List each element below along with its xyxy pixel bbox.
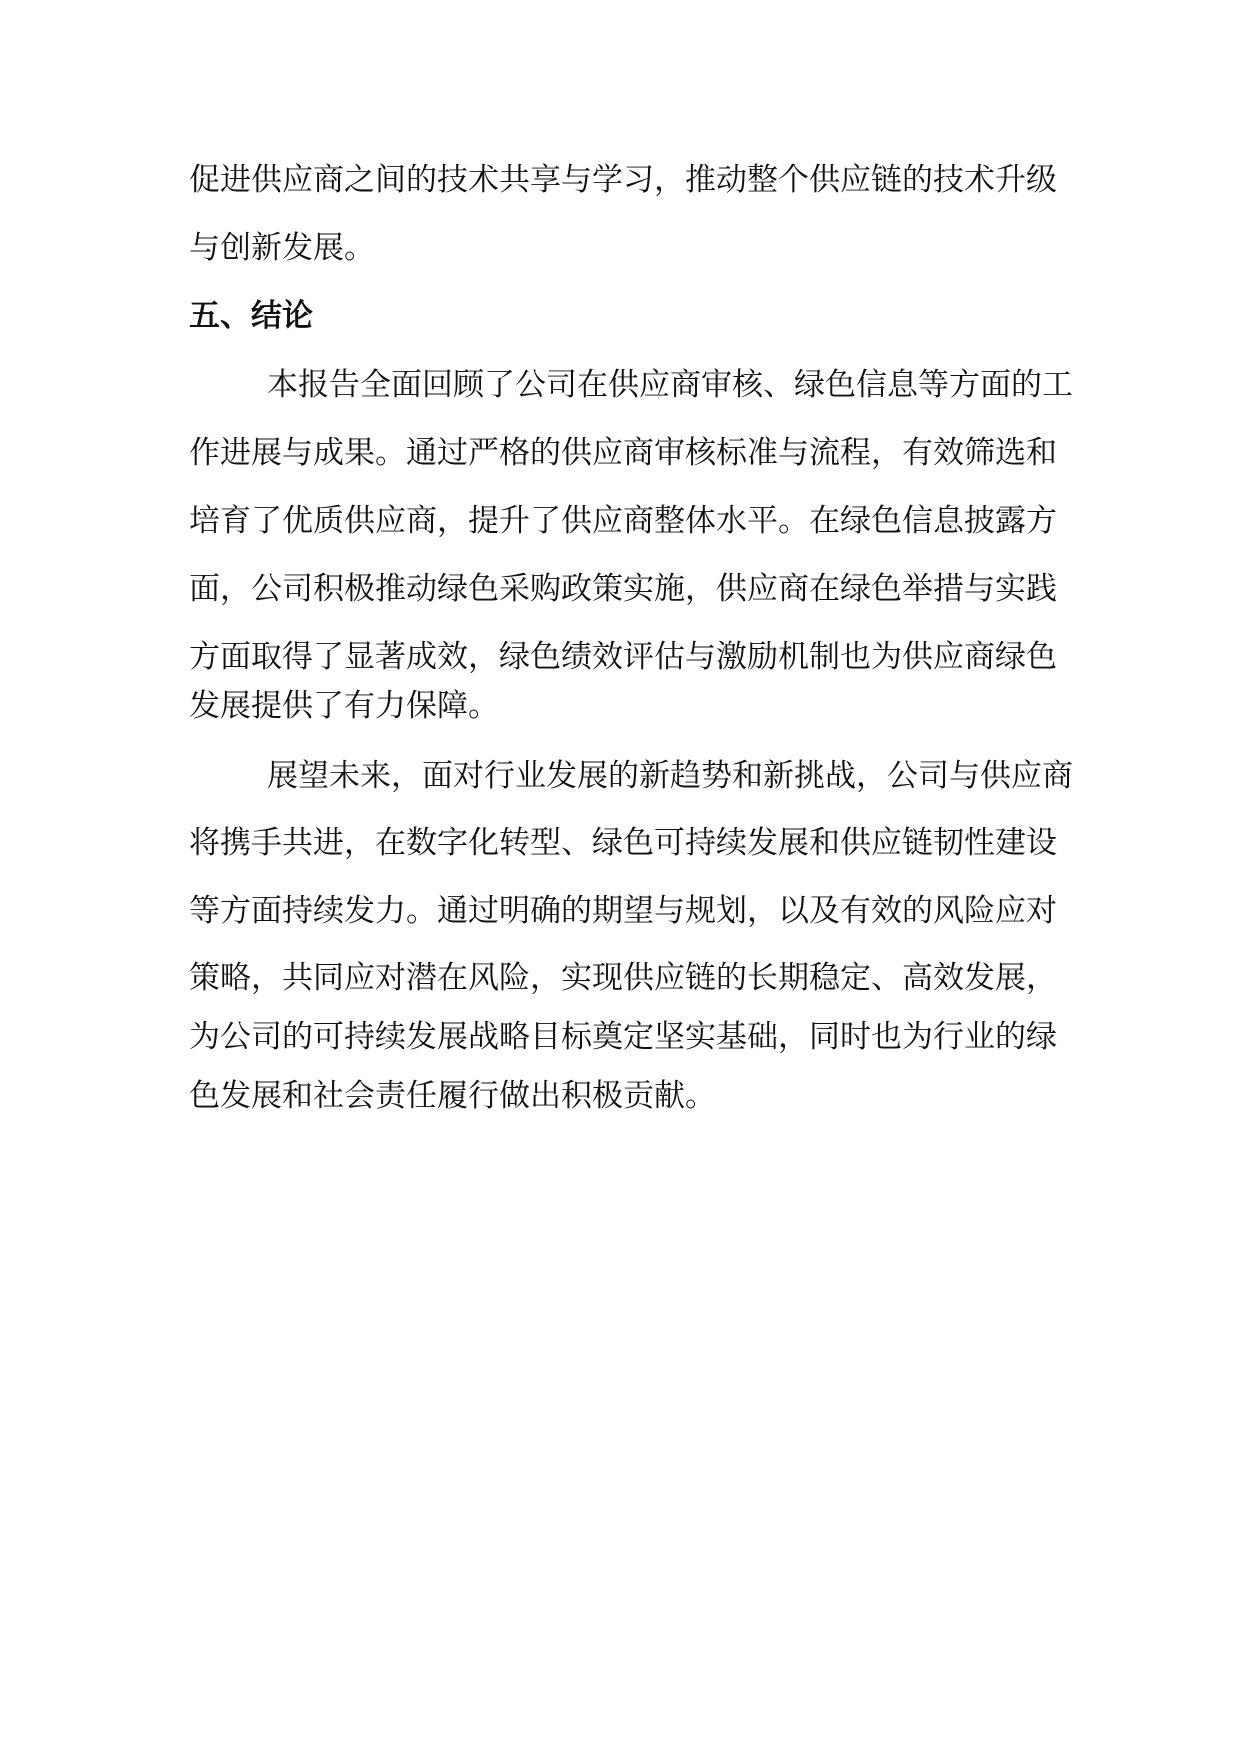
text-line: 将携手共进，在数字化转型、绿色可持续发展和供应链韧性建设 (189, 823, 1055, 863)
text-line: 展望未来，面对行业发展的新趋势和新挑战，公司与供应商 (267, 756, 1055, 796)
text-line: 为公司的可持续发展战略目标奠定坚实基础，同时也为行业的绿 (189, 1017, 1055, 1057)
text-line: 促进供应商之间的技术共享与学习，推动整个供应链的技术升级 (189, 160, 1055, 200)
text-line: 本报告全面回顾了公司在供应商审核、绿色信息等方面的工 (267, 365, 1055, 405)
text-line: 策略，共同应对潜在风险，实现供应链的长期稳定、高效发展， (189, 958, 1055, 998)
text-line: 面，公司积极推动绿色采购政策实施，供应商在绿色举措与实践 (189, 569, 1055, 609)
text-line: 作进展与成果。通过严格的供应商审核标准与流程，有效筛选和 (189, 433, 1055, 473)
text-line: 色发展和社会责任履行做出积极贡献。 (189, 1076, 1055, 1116)
text-line: 与创新发展。 (189, 228, 1055, 268)
text-line: 培育了优质供应商，提升了供应商整体水平。在绿色信息披露方 (189, 501, 1055, 541)
text-line: 方面取得了显著成效，绿色绩效评估与激励机制也为供应商绿色 (189, 637, 1055, 677)
text-line: 等方面持续发力。通过明确的期望与规划，以及有效的风险应对 (189, 891, 1055, 931)
document-page: 促进供应商之间的技术共享与学习，推动整个供应链的技术升级 与创新发展。 五、结论… (0, 0, 1241, 1754)
section-heading: 五、结论 (189, 296, 313, 336)
text-line: 发展提供了有力保障。 (189, 686, 1055, 726)
